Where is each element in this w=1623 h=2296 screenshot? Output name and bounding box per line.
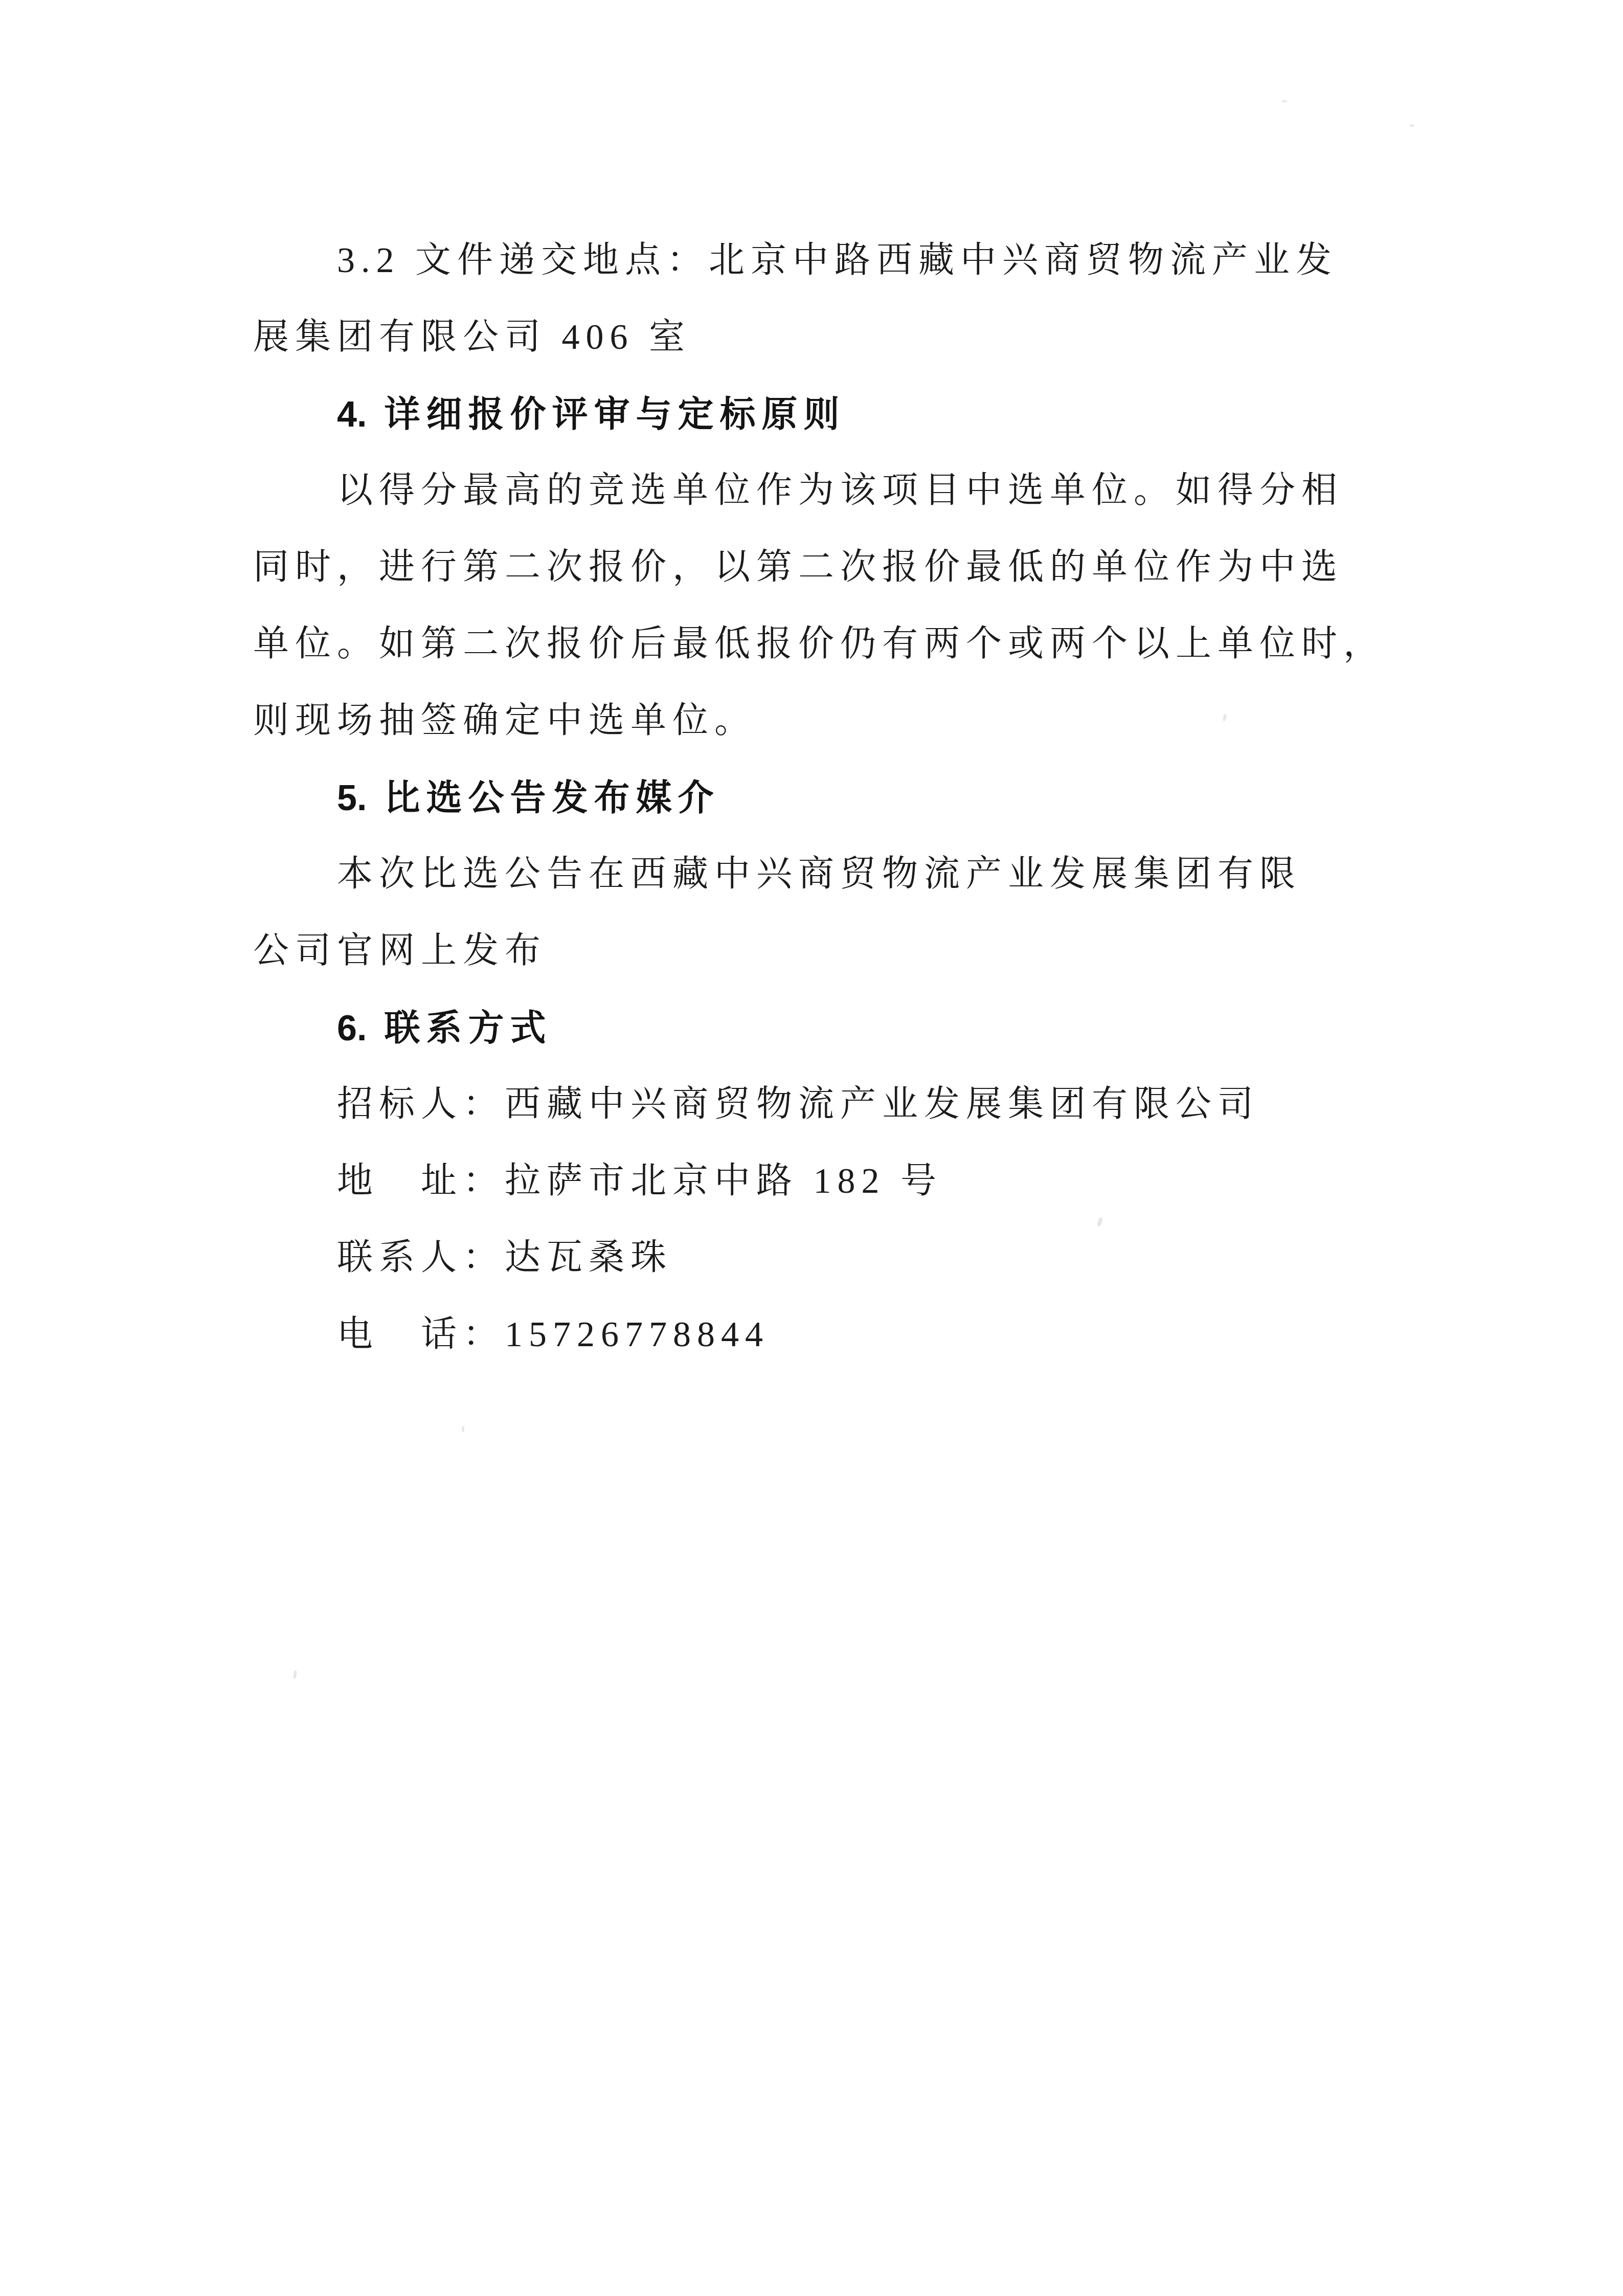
contact-phone-line: 电 话：15726778844 [253,1297,1393,1373]
line-3-2-submission-location: 3.2 文件递交地点：北京中路西藏中兴商贸物流产业发 [253,222,1393,299]
heading-4-title: 详细报价评审与定标原则 [384,394,845,434]
para-5-line-2: 公司官网上发布 [253,913,1393,990]
contact-address-line: 地 址：拉萨市北京中路 182 号 [253,1143,1393,1220]
scan-artifact [462,1426,464,1432]
heading-4-number: 4. [253,376,367,453]
contact-tenderer-line: 招标人：西藏中兴商贸物流产业发展集团有限公司 [253,1066,1393,1143]
contact-person-line: 联系人：达瓦桑珠 [253,1220,1393,1297]
heading-5-title: 比选公告发布媒介 [384,778,719,818]
para-4-line-1: 以得分最高的竞选单位作为该项目中选单位。如得分相 [253,453,1393,529]
heading-4-evaluation-principles: 4.详细报价评审与定标原则 [253,376,1393,453]
scan-artifact [1282,100,1287,102]
scanned-document-page: 3.2 文件递交地点：北京中路西藏中兴商贸物流产业发 展集团有限公司 406 室… [0,0,1623,2296]
scan-artifact [293,1670,297,1679]
heading-6-title: 联系方式 [384,1008,552,1048]
heading-6-number: 6. [253,990,367,1066]
heading-5-announcement-media: 5.比选公告发布媒介 [253,760,1393,836]
para-4-line-2: 同时，进行第二次报价，以第二次报价最低的单位作为中选 [253,529,1393,606]
para-4-line-4: 则现场抽签确定中选单位。 [253,683,1393,760]
heading-5-number: 5. [253,760,367,836]
para-4-line-3: 单位。如第二次报价后最低报价仍有两个或两个以上单位时， [253,606,1393,683]
line-3-2-continuation: 展集团有限公司 406 室 [253,299,1393,376]
heading-6-contact: 6.联系方式 [253,990,1393,1066]
document-body: 3.2 文件递交地点：北京中路西藏中兴商贸物流产业发 展集团有限公司 406 室… [253,222,1393,1373]
scan-artifact [1410,124,1414,127]
para-5-line-1: 本次比选公告在西藏中兴商贸物流产业发展集团有限 [253,836,1393,913]
